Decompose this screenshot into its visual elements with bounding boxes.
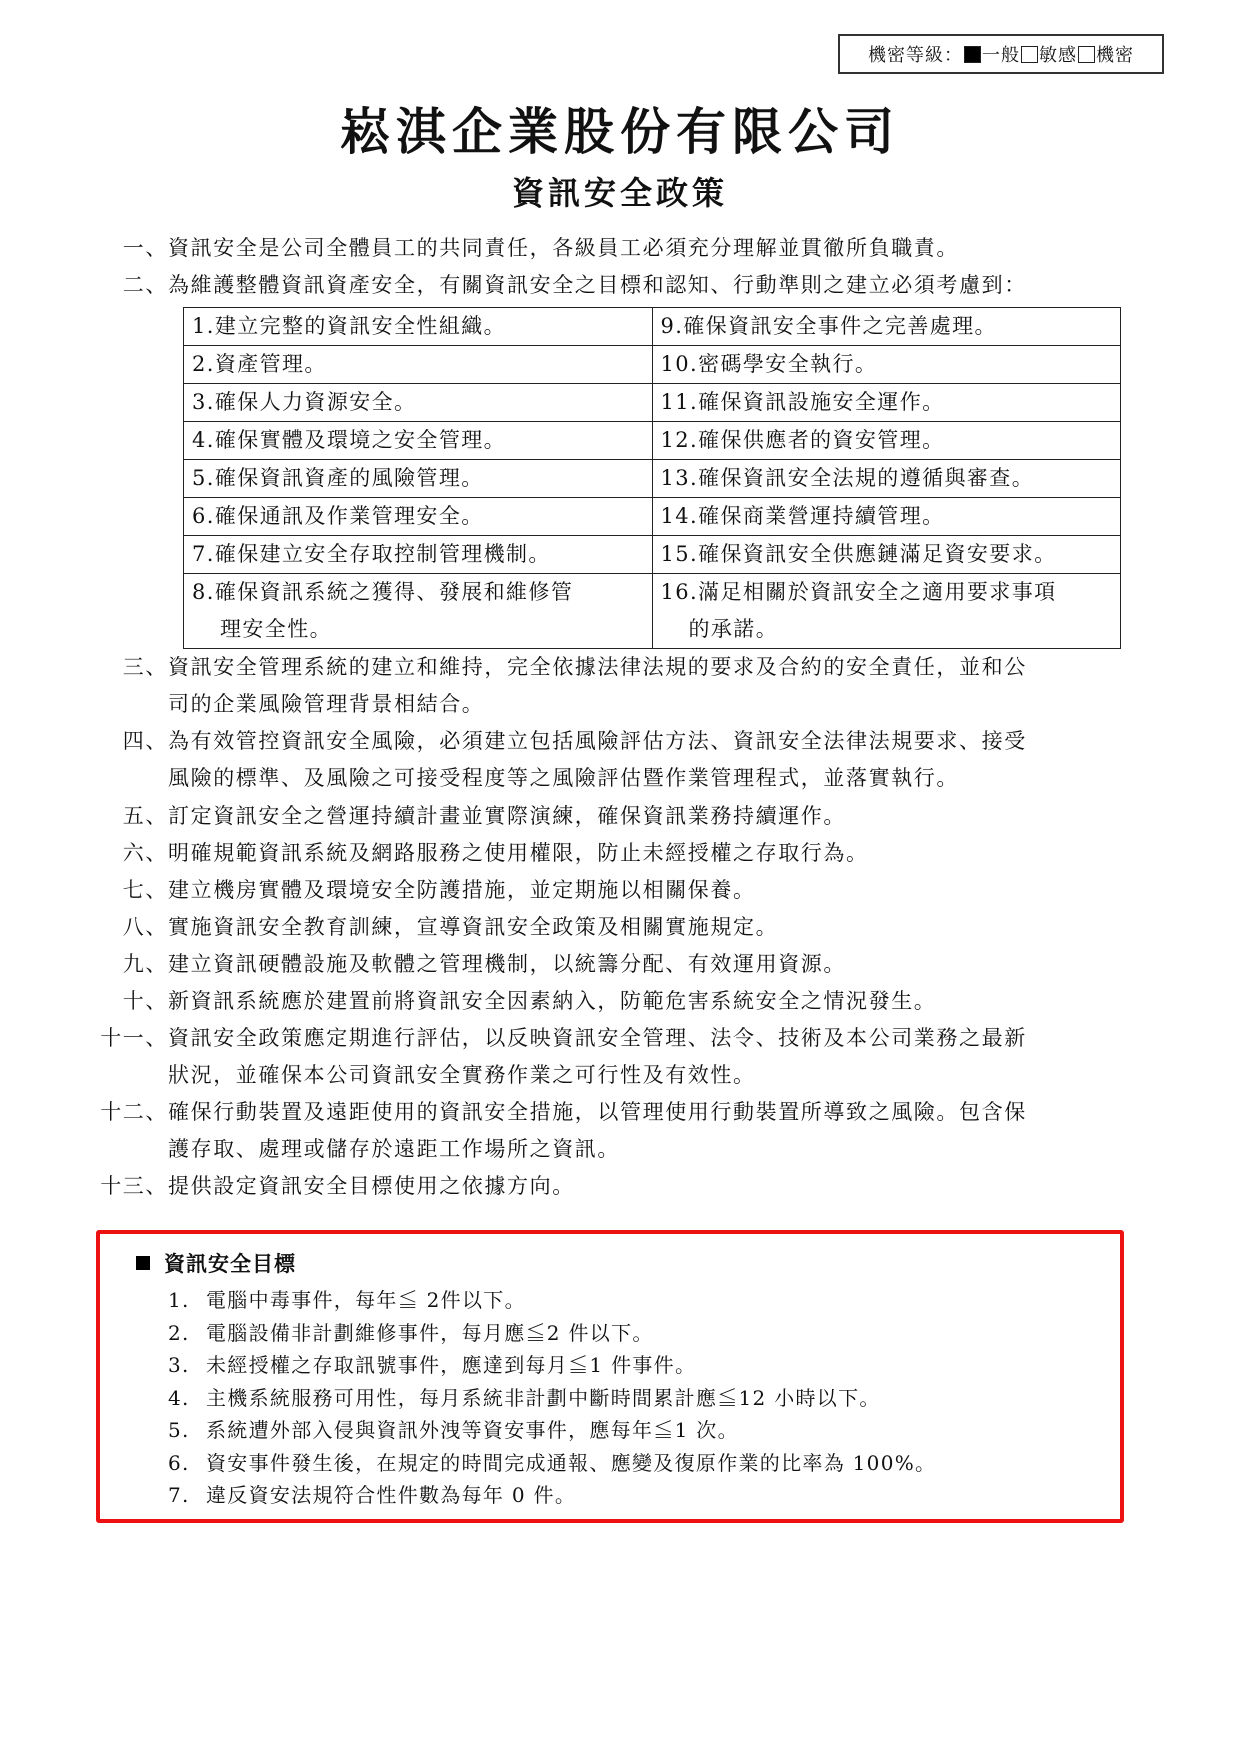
- clause-text: 為維護整體資訊資產安全，有關資訊安全之目標和認知、行動準則之建立必須考慮到：: [168, 273, 1027, 297]
- table-cell: 14.確保商業營運持續管理。: [652, 498, 1121, 536]
- clause-5: 五、訂定資訊安全之營運持續計畫並實際演練，確保資訊業務持續運作。: [112, 798, 846, 835]
- goal-text: 系統遭外部入侵與資訊外洩等資安事件，應每年≦1 次。: [206, 1418, 739, 1442]
- clause-number: 十二、: [92, 1094, 168, 1131]
- clause-number: 十一、: [92, 1020, 168, 1057]
- clause-number: 一、: [112, 230, 168, 267]
- goal-text: 電腦設備非計劃維修事件，每月應≦2 件以下。: [206, 1321, 654, 1345]
- table-cell: 3.確保人力資源安全。: [184, 384, 653, 422]
- clause-13: 十三、提供設定資訊安全目標使用之依據方向。: [92, 1168, 575, 1205]
- clause-text: 資訊安全政策應定期進行評估，以反映資訊安全管理、法令、技術及本公司業務之最新: [168, 1026, 1027, 1050]
- goal-number: 7.: [168, 1479, 206, 1512]
- clause-12: 十二、確保行動裝置及遠距使用的資訊安全措施，以管理使用行動裝置所導致之風險。包含…: [92, 1094, 1027, 1168]
- classification-level-box: 機密等級： 一般 敏感 機密: [838, 34, 1164, 74]
- goal-text: 資安事件發生後，在規定的時間完成通報、應變及復原作業的比率為 100%。: [206, 1451, 936, 1475]
- goal-text: 主機系統服務可用性，每月系統非計劃中斷時間累計應≦12 小時以下。: [206, 1386, 881, 1410]
- list-item: 5.系統遭外部入侵與資訊外洩等資安事件，應每年≦1 次。: [168, 1414, 936, 1447]
- clause-3: 三、資訊安全管理系統的建立和維持，完全依據法律法規的要求及合約的安全責任，並和公…: [112, 649, 1027, 723]
- clause-6: 六、明確規範資訊系統及網路服務之使用權限，防止未經授權之存取行為。: [112, 835, 869, 872]
- list-item: 4.主機系統服務可用性，每月系統非計劃中斷時間累計應≦12 小時以下。: [168, 1382, 936, 1415]
- clause-7: 七、建立機房實體及環境安全防護措施，並定期施以相關保養。: [112, 872, 756, 909]
- classification-option-general: 一般: [982, 41, 1020, 67]
- clause-text: 明確規範資訊系統及網路服務之使用權限，防止未經授權之存取行為。: [168, 841, 869, 865]
- table-cell: 10.密碼學安全執行。: [652, 346, 1121, 384]
- list-item: 6.資安事件發生後，在規定的時間完成通報、應變及復原作業的比率為 100%。: [168, 1447, 936, 1480]
- clause-text-continued: 狀況，並確保本公司資訊安全實務作業之可行性及有效性。: [92, 1057, 1027, 1094]
- clause-8: 八、實施資訊安全教育訓練，宣導資訊安全政策及相關實施規定。: [112, 909, 778, 946]
- goal-number: 4.: [168, 1382, 206, 1415]
- clause-text: 訂定資訊安全之營運持續計畫並實際演練，確保資訊業務持續運作。: [168, 804, 846, 828]
- table-row: 5.確保資訊資產的風險管理。 13.確保資訊安全法規的遵循與審查。: [184, 460, 1121, 498]
- goal-text: 未經授權之存取訊號事件，應達到每月≦1 件事件。: [206, 1353, 696, 1377]
- clause-number: 八、: [112, 909, 168, 946]
- checkbox-general-checked-icon: [964, 46, 981, 63]
- list-item: 2.電腦設備非計劃維修事件，每月應≦2 件以下。: [168, 1317, 936, 1350]
- cell-line-continued: 的承諾。: [661, 611, 1113, 648]
- list-item: 3.未經授權之存取訊號事件，應達到每月≦1 件事件。: [168, 1349, 936, 1382]
- clause-text: 資訊安全管理系統的建立和維持，完全依據法律法規的要求及合約的安全責任，並和公: [168, 655, 1027, 679]
- table-cell: 11.確保資訊設施安全運作。: [652, 384, 1121, 422]
- table-row: 1.建立完整的資訊安全性組織。 9.確保資訊安全事件之完善處理。: [184, 308, 1121, 346]
- table-cell: 9.確保資訊安全事件之完善處理。: [652, 308, 1121, 346]
- clause-text-continued: 司的企業風險管理背景相結合。: [112, 686, 1027, 723]
- list-item: 1.電腦中毒事件，每年≦ 2件以下。: [168, 1284, 936, 1317]
- table-cell: 5.確保資訊資產的風險管理。: [184, 460, 653, 498]
- considerations-table: 1.建立完整的資訊安全性組織。 9.確保資訊安全事件之完善處理。 2.資產管理。…: [183, 307, 1121, 649]
- goal-number: 5.: [168, 1414, 206, 1447]
- list-item: 7.違反資安法規符合性件數為每年 0 件。: [168, 1479, 936, 1512]
- table-cell: 13.確保資訊安全法規的遵循與審查。: [652, 460, 1121, 498]
- clause-number: 二、: [112, 267, 168, 304]
- classification-label: 機密等級：: [868, 41, 963, 67]
- goal-number: 3.: [168, 1349, 206, 1382]
- cell-line-continued: 理安全性。: [192, 611, 644, 648]
- table-cell: 12.確保供應者的資安管理。: [652, 422, 1121, 460]
- table-row: 3.確保人力資源安全。 11.確保資訊設施安全運作。: [184, 384, 1121, 422]
- checkbox-sensitive-unchecked-icon: [1021, 46, 1038, 63]
- goal-number: 6.: [168, 1447, 206, 1480]
- clause-number: 十、: [112, 983, 168, 1020]
- checkbox-confidential-unchecked-icon: [1078, 46, 1095, 63]
- clause-text: 建立機房實體及環境安全防護措施，並定期施以相關保養。: [168, 878, 756, 902]
- clause-text: 建立資訊硬體設施及軟體之管理機制，以統籌分配、有效運用資源。: [168, 952, 846, 976]
- security-goals-title: 資訊安全目標: [164, 1251, 296, 1276]
- clause-text: 為有效管控資訊安全風險，必須建立包括風險評估方法、資訊安全法律法規要求、接受: [168, 729, 1027, 753]
- clause-1: 一、資訊安全是公司全體員工的共同責任，各級員工必須充分理解並貫徹所負職責。: [112, 230, 959, 267]
- clause-number: 三、: [112, 649, 168, 686]
- clause-2: 二、為維護整體資訊資產安全，有關資訊安全之目標和認知、行動準則之建立必須考慮到：: [112, 267, 1027, 304]
- security-goals-box: 資訊安全目標 1.電腦中毒事件，每年≦ 2件以下。 2.電腦設備非計劃維修事件，…: [96, 1230, 1124, 1523]
- square-bullet-icon: [136, 1256, 150, 1270]
- goal-number: 1.: [168, 1284, 206, 1317]
- clause-text: 實施資訊安全教育訓練，宣導資訊安全政策及相關實施規定。: [168, 915, 778, 939]
- goal-text: 電腦中毒事件，每年≦ 2件以下。: [206, 1288, 526, 1312]
- clause-text: 資訊安全是公司全體員工的共同責任，各級員工必須充分理解並貫徹所負職責。: [168, 236, 959, 260]
- classification-option-sensitive: 敏感: [1039, 41, 1077, 67]
- clause-number: 四、: [112, 723, 168, 760]
- company-name: 崧淇企業股份有限公司: [0, 92, 1240, 164]
- clause-number: 七、: [112, 872, 168, 909]
- clause-text-continued: 護存取、處理或儲存於遠距工作場所之資訊。: [92, 1131, 1027, 1168]
- classification-option-confidential: 機密: [1096, 41, 1134, 67]
- cell-line: 16.滿足相關於資訊安全之適用要求事項: [661, 580, 1057, 604]
- table-cell: 2.資產管理。: [184, 346, 653, 384]
- table-cell: 4.確保實體及環境之安全管理。: [184, 422, 653, 460]
- security-goals-heading: 資訊安全目標: [136, 1248, 296, 1278]
- table-cell: 7.確保建立安全存取控制管理機制。: [184, 536, 653, 574]
- goal-text: 違反資安法規符合性件數為每年 0 件。: [206, 1483, 576, 1507]
- table-row: 8.確保資訊系統之獲得、發展和維修管 理安全性。 16.滿足相關於資訊安全之適用…: [184, 574, 1121, 649]
- clause-text: 提供設定資訊安全目標使用之依據方向。: [168, 1174, 575, 1198]
- clause-number: 十三、: [92, 1168, 168, 1205]
- goal-number: 2.: [168, 1317, 206, 1350]
- table-row: 7.確保建立安全存取控制管理機制。 15.確保資訊安全供應鏈滿足資安要求。: [184, 536, 1121, 574]
- cell-line: 8.確保資訊系統之獲得、發展和維修管: [192, 580, 573, 604]
- table-row: 6.確保通訊及作業管理安全。 14.確保商業營運持續管理。: [184, 498, 1121, 536]
- clause-11: 十一、資訊安全政策應定期進行評估，以反映資訊安全管理、法令、技術及本公司業務之最…: [92, 1020, 1027, 1094]
- clause-number: 五、: [112, 798, 168, 835]
- clause-number: 六、: [112, 835, 168, 872]
- table-row: 4.確保實體及環境之安全管理。 12.確保供應者的資安管理。: [184, 422, 1121, 460]
- clause-text: 確保行動裝置及遠距使用的資訊安全措施，以管理使用行動裝置所導致之風險。包含保: [168, 1100, 1027, 1124]
- clause-number: 九、: [112, 946, 168, 983]
- clause-text: 新資訊系統應於建置前將資訊安全因素納入，防範危害系統安全之情況發生。: [168, 989, 936, 1013]
- table-cell: 1.建立完整的資訊安全性組織。: [184, 308, 653, 346]
- table-row: 2.資產管理。 10.密碼學安全執行。: [184, 346, 1121, 384]
- table-cell: 15.確保資訊安全供應鏈滿足資安要求。: [652, 536, 1121, 574]
- clause-10: 十、新資訊系統應於建置前將資訊安全因素納入，防範危害系統安全之情況發生。: [112, 983, 936, 1020]
- clause-9: 九、建立資訊硬體設施及軟體之管理機制，以統籌分配、有效運用資源。: [112, 946, 846, 983]
- clause-4: 四、為有效管控資訊安全風險，必須建立包括風險評估方法、資訊安全法律法規要求、接受…: [112, 723, 1027, 797]
- security-goals-list: 1.電腦中毒事件，每年≦ 2件以下。 2.電腦設備非計劃維修事件，每月應≦2 件…: [168, 1284, 936, 1512]
- table-cell: 16.滿足相關於資訊安全之適用要求事項 的承諾。: [652, 574, 1121, 649]
- table-cell: 6.確保通訊及作業管理安全。: [184, 498, 653, 536]
- table-cell: 8.確保資訊系統之獲得、發展和維修管 理安全性。: [184, 574, 653, 649]
- document-title: 資訊安全政策: [0, 168, 1240, 214]
- clause-text-continued: 風險的標準、及風險之可接受程度等之風險評估暨作業管理程式，並落實執行。: [112, 760, 1027, 797]
